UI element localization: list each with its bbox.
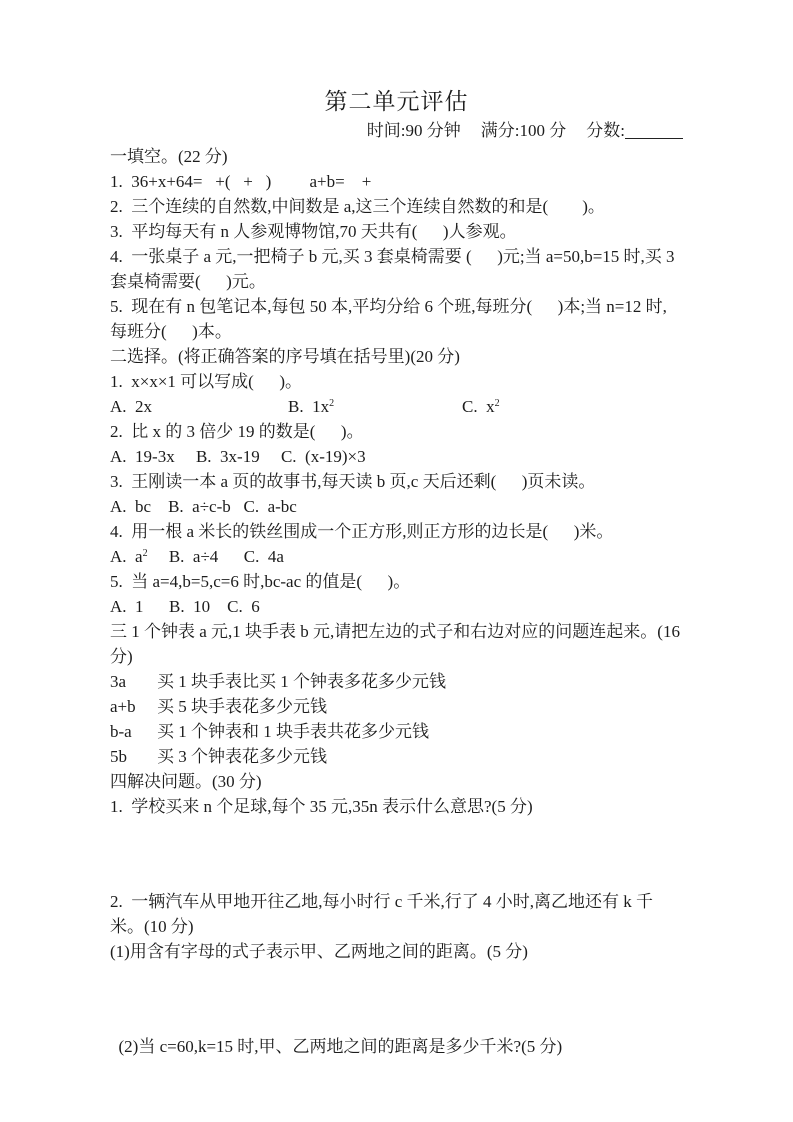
match-pair-3: b-a买 1 个钟表和 1 块手表共花多少元钱 — [110, 719, 683, 744]
solve-q2-sub1: (1)用含有字母的式子表示甲、乙两地之间的距离。(5 分) — [110, 939, 683, 964]
match-expr-2: a+b — [110, 694, 157, 719]
answer-space-q2-sub1 — [110, 964, 683, 1034]
option-a-base: A. a — [110, 547, 143, 566]
options-rest: B. a÷4 C. 4a — [148, 547, 284, 566]
fill-blank-q5: 5. 现在有 n 包笔记本,每包 50 本,平均分给 6 个班,每班分( )本;… — [110, 294, 683, 344]
choice-q3: 3. 王刚读一本 a 页的故事书,每天读 b 页,c 天后还剩( )页未读。 — [110, 469, 683, 494]
choice-q1-option-c: C. x2 — [462, 397, 500, 416]
solve-q2-sub2: (2)当 c=60,k=15 时,甲、乙两地之间的距离是多少千米?(5 分) — [110, 1034, 683, 1059]
choice-q2-options: A. 19-3x B. 3x-19 C. (x-19)×3 — [110, 444, 683, 469]
match-expr-1: 3a — [110, 669, 157, 694]
page-title: 第二单元评估 — [110, 86, 683, 118]
choice-q4-options: A. a2 B. a÷4 C. 4a — [110, 544, 683, 569]
choice-q2: 2. 比 x 的 3 倍少 19 的数是( )。 — [110, 419, 683, 444]
section1-heading: 一填空。(22 分) — [110, 144, 683, 169]
fill-blank-q1: 1. 36+x+64= +( + ) a+b= + — [110, 169, 683, 194]
match-pair-2: a+b买 5 块手表花多少元钱 — [110, 694, 683, 719]
meta-time: 时间:90 分钟 — [367, 121, 461, 140]
choice-q1-options: A. 2xB. 1x2C. x2 — [110, 394, 683, 419]
option-c-base: C. x — [462, 397, 495, 416]
section4-heading: 四解决问题。(30 分) — [110, 769, 683, 794]
match-question-4: 买 3 个钟表花多少元钱 — [157, 747, 327, 766]
solve-q1: 1. 学校买来 n 个足球,每个 35 元,35n 表示什么意思?(5 分) — [110, 794, 683, 819]
meta-full-score: 满分:100 分 — [481, 121, 566, 140]
match-pair-1: 3a买 1 块手表比买 1 个钟表多花多少元钱 — [110, 669, 683, 694]
fill-blank-q4: 4. 一张桌子 a 元,一把椅子 b 元,买 3 套桌椅需要 ( )元;当 a=… — [110, 244, 683, 294]
score-blank-line — [625, 133, 683, 139]
fill-blank-q3: 3. 平均每天有 n 人参观博物馆,70 天共有( )人参观。 — [110, 219, 683, 244]
option-b-base: B. 1x — [288, 397, 329, 416]
match-pair-4: 5b买 3 个钟表花多少元钱 — [110, 744, 683, 769]
match-expr-3: b-a — [110, 719, 157, 744]
match-expr-4: 5b — [110, 744, 157, 769]
choice-q1-option-b: B. 1x2 — [288, 394, 462, 419]
choice-q1: 1. x×x×1 可以写成( )。 — [110, 369, 683, 394]
superscript: 2 — [329, 398, 334, 409]
choice-q4: 4. 用一根 a 米长的铁丝围成一个正方形,则正方形的边长是( )米。 — [110, 519, 683, 544]
exam-meta-line: 时间:90 分钟满分:100 分分数: — [110, 118, 683, 144]
fill-blank-q2: 2. 三个连续的自然数,中间数是 a,这三个连续自然数的和是( )。 — [110, 194, 683, 219]
match-question-2: 买 5 块手表花多少元钱 — [157, 697, 327, 716]
match-question-1: 买 1 块手表比买 1 个钟表多花多少元钱 — [157, 672, 446, 691]
meta-score-label: 分数: — [586, 121, 625, 140]
superscript: 2 — [495, 398, 500, 409]
section3-heading: 三 1 个钟表 a 元,1 块手表 b 元,请把左边的式子和右边对应的问题连起来… — [110, 619, 683, 669]
choice-q5-options: A. 1 B. 10 C. 6 — [110, 594, 683, 619]
choice-q3-options: A. bc B. a÷c-b C. a-bc — [110, 494, 683, 519]
choice-q1-option-a: A. 2x — [110, 394, 288, 419]
choice-q5: 5. 当 a=4,b=5,c=6 时,bc-ac 的值是( )。 — [110, 569, 683, 594]
section2-heading: 二选择。(将正确答案的序号填在括号里)(20 分) — [110, 344, 683, 369]
answer-space-q1 — [110, 819, 683, 889]
solve-q2: 2. 一辆汽车从甲地开往乙地,每小时行 c 千米,行了 4 小时,离乙地还有 k… — [110, 889, 683, 939]
match-question-3: 买 1 个钟表和 1 块手表共花多少元钱 — [157, 722, 429, 741]
worksheet-page: 第二单元评估 时间:90 分钟满分:100 分分数: 一填空。(22 分) 1.… — [0, 0, 793, 1122]
